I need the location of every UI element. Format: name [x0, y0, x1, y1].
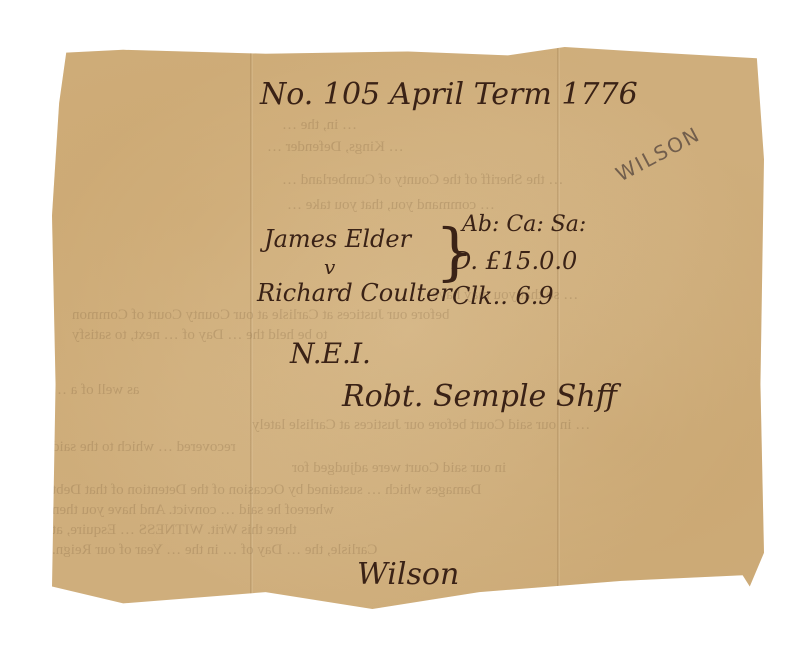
sheriff-signature: Robt. Semple Shff: [342, 379, 617, 414]
bleed-text-line: Damages which … sustained by Occasion of…: [52, 482, 481, 499]
defendant-name: Richard Coulter: [257, 279, 452, 307]
bleed-text-line: in our said Court were adjudged for: [292, 460, 506, 477]
bleed-text-line: Carlisle, the … Day of … in the … Year o…: [52, 542, 377, 559]
bleed-text-line: before our Justices at Carlisle at our C…: [72, 307, 449, 324]
attorney-signature: Wilson: [357, 557, 459, 592]
debt-amount: D. £15.0.0: [452, 247, 577, 275]
clerk-fee: Clk.. 6.9: [452, 282, 554, 310]
bleed-text-line: there this Writ. WITNESS … Esquire, at: [52, 522, 297, 539]
notation-nei: N.E.I.: [290, 337, 371, 370]
bleed-text-line: whereof he said … convict. And have you …: [52, 502, 334, 519]
pencil-annotation: WILSON: [612, 122, 705, 186]
bleed-text-line: recovered … which to the said: [52, 439, 236, 456]
bleed-text-line: … in, the …: [282, 117, 357, 134]
fold-line-right: [557, 47, 560, 609]
bleed-text-line: … Kings, Defender …: [267, 139, 404, 156]
plaintiff-name: James Elder: [264, 225, 411, 253]
bleed-text-line: … the Sheriff of the County of Cumberlan…: [282, 172, 563, 189]
document-sheet: … in, the … … Kings, Defender … … the Sh…: [52, 47, 764, 609]
bleed-text-line: … in our said Court before our Justices …: [252, 417, 590, 434]
bleed-text-line: as well of a …: [52, 382, 139, 399]
versus-mark: v: [324, 255, 335, 279]
writ-type: Ab: Ca: Sa:: [462, 212, 586, 237]
case-header: No. 105 April Term 1776: [260, 77, 638, 112]
